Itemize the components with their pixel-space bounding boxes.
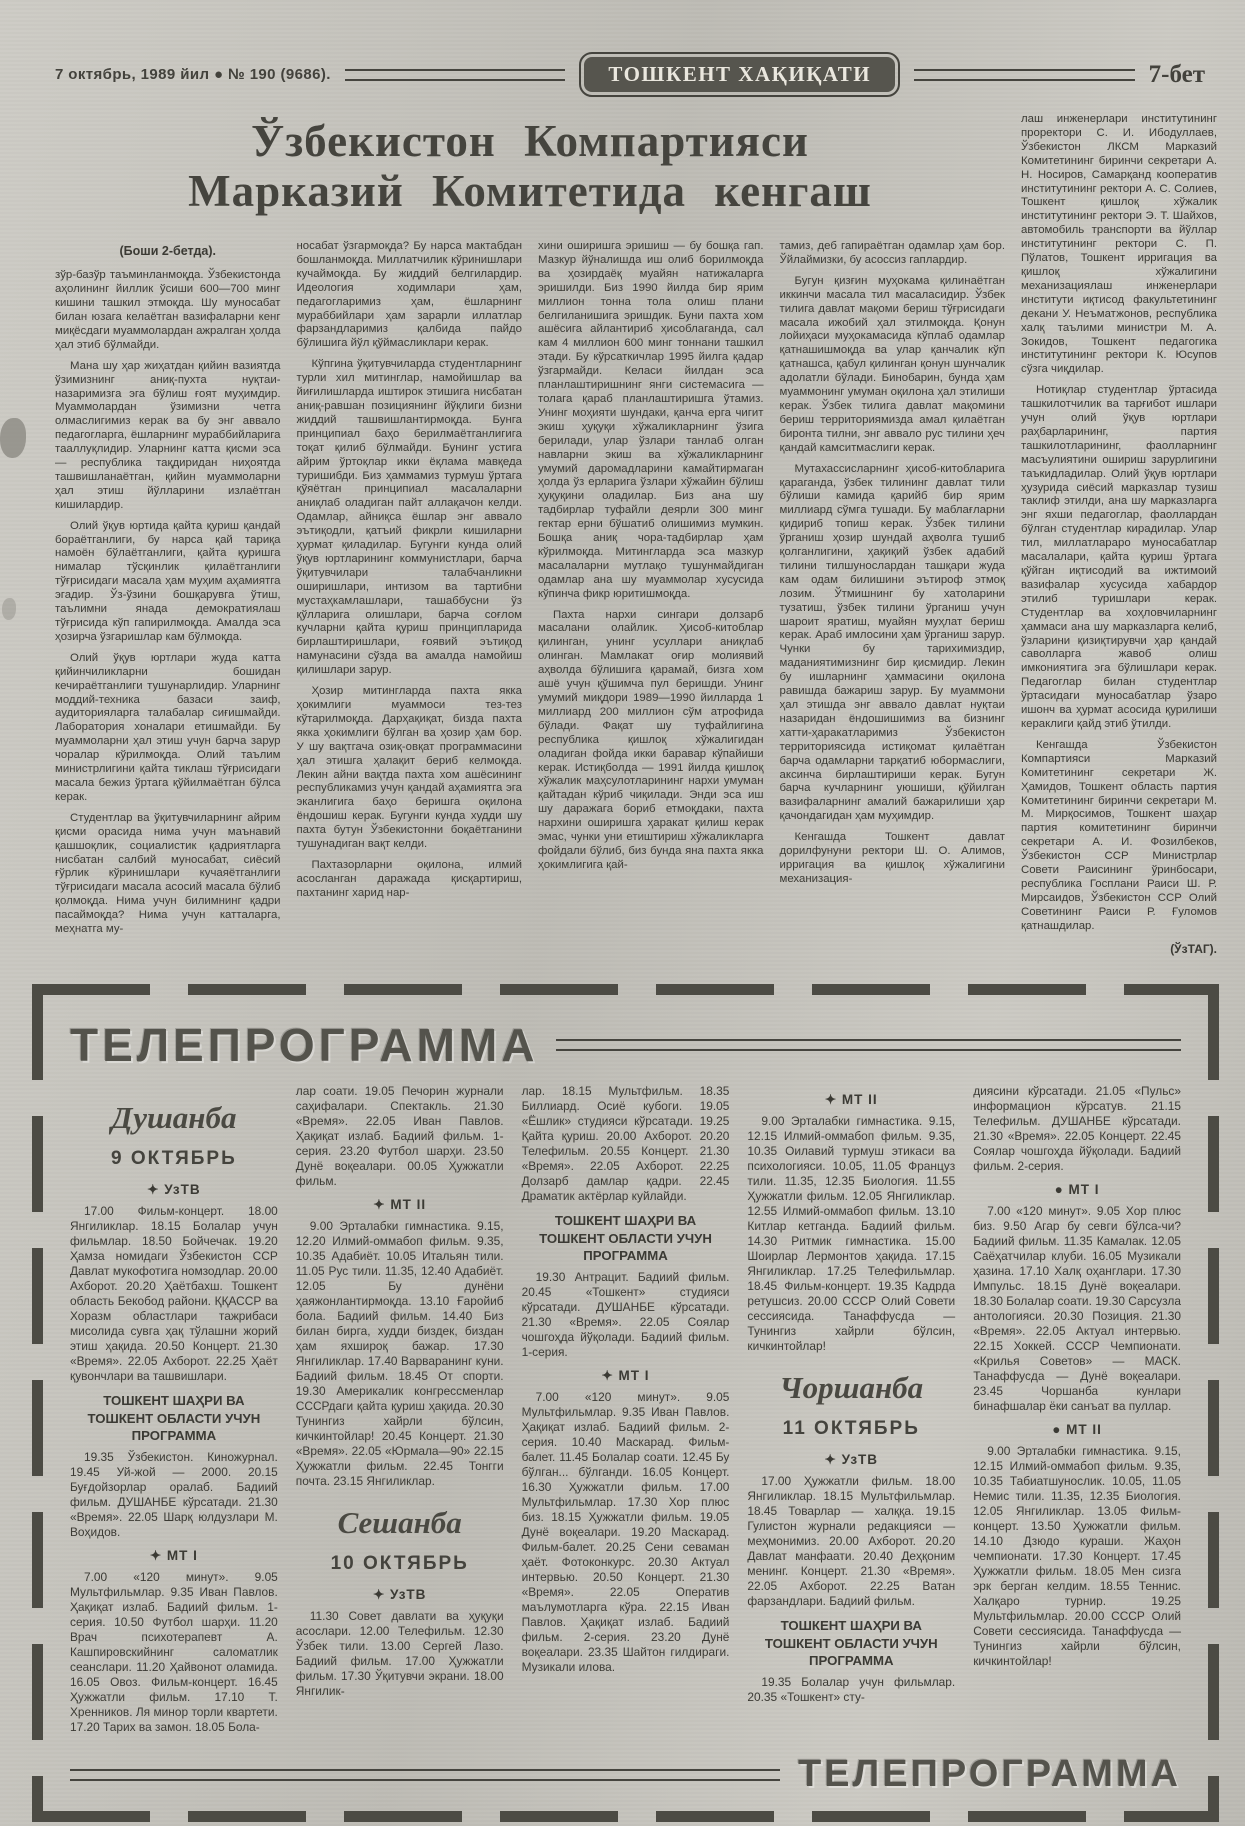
scan-artifact (2, 598, 16, 620)
continued-note: (Боши 2-бетда). (55, 244, 281, 259)
masthead-title: ТОШКЕНТ ХАҚИҚАТИ (584, 57, 895, 92)
tv-day-title: Сешанба (296, 1503, 504, 1542)
tv-channel-header: ✦ УзТВ (747, 1451, 955, 1468)
tv-frame-left (32, 984, 43, 1822)
tv-programme-section: ТЕЛЕПРОГРАММА Душанба9 ОКТЯБРЬ✦ УзТВ17.0… (32, 984, 1219, 1822)
tv-channel-header: ● МТ I (973, 1181, 1181, 1198)
tv-frame-top (32, 984, 1219, 995)
tv-footer-rule (70, 1769, 780, 1781)
issue-number: № 190 (9686). (228, 66, 331, 83)
scan-artifact (0, 418, 26, 458)
article-column: (Боши 2-бетда).зўр-базўр таъминланмоқда.… (55, 240, 281, 944)
tv-listing: 11.30 Совет давлати ва ҳуқуқи асослари. … (296, 1609, 504, 1699)
article-last-column-wrap: лаш инженерлари институтининг проректори… (1021, 103, 1217, 956)
dateline: 7 октябрь, 1989 йил ● № 190 (9686). (55, 66, 331, 83)
tv-header-rule (556, 1039, 1181, 1051)
tv-channel-header: ● МТ II (973, 1421, 1181, 1438)
headline-line-2: Марказий Комитетида кенгаш (188, 166, 872, 216)
newspaper-page: { "page": { "date_line": "7 октябрь, 198… (0, 0, 1245, 1826)
tv-footer-title: ТЕЛЕПРОГРАММА (798, 1753, 1181, 1796)
article-paragraph: хини оширишга эришиш — бу бошқа гап. Маз… (538, 240, 764, 602)
tv-date: 10 ОКТЯБРЬ (296, 1552, 504, 1576)
tv-channel-header: ✦ МТ II (296, 1196, 504, 1213)
tv-listing: 9.00 Эрталабки гимнастика. 9.15, 12.15 И… (973, 1444, 1181, 1669)
tv-program-subhead: ТОШКЕНТ ШАҲРИ ВА ТОШКЕНТ ОБЛАСТИ УЧУН ПР… (70, 1392, 278, 1444)
tv-listing: 7.00 «120 минут». 9.05 Мультфильмлар. 9.… (70, 1570, 278, 1735)
tv-footer: ТЕЛЕПРОГРАММА (70, 1753, 1181, 1796)
tv-listing: 19.35 Болалар учун фильмлар. 20.35 «Тошк… (747, 1675, 955, 1705)
article-columns: (Боши 2-бетда).зўр-базўр таъминланмоқда.… (55, 240, 1005, 944)
article-paragraph: Мутахассисларнинг ҳисоб-китобларига қара… (780, 463, 1006, 825)
page-header: 7 октябрь, 1989 йил ● № 190 (9686). ТОШК… (0, 0, 1245, 97)
article-left-block: Ўзбекистон Компартияси Марказий Комитети… (55, 103, 1005, 956)
tv-program-subhead: ТОШКЕНТ ШАҲРИ ВА ТОШКЕНТ ОБЛАСТИ УЧУН ПР… (747, 1617, 955, 1669)
tv-listing: 19.30 Антрацит. Бадиий фильм. 20.45 «Тош… (522, 1270, 730, 1360)
article-paragraph: Олий ўқув юртлари жуда катта қийинчиликл… (55, 652, 281, 805)
article-paragraph: Ҳозир митингларда пахта якка ҳокимлиги м… (297, 685, 523, 852)
tv-channel-header: ✦ УзТВ (70, 1181, 278, 1198)
tv-frame-bottom (32, 1811, 1219, 1822)
article-paragraph: Пахтазорларни оқилона, илмий асосланган … (297, 859, 523, 901)
tv-column: лар. 18.15 Мультфильм. 18.35 Биллиард. О… (522, 1084, 730, 1741)
tv-date: 9 ОКТЯБРЬ (70, 1147, 278, 1171)
article-column: носабат ўзгармоқда? Бу нарса мактабдан б… (297, 240, 523, 944)
tv-date: 11 ОКТЯБРЬ (747, 1417, 955, 1441)
tv-listing: диясини кўрсатади. 21.05 «Пульс» информа… (973, 1084, 1181, 1174)
header-rule-right (914, 69, 1135, 81)
byline: (ЎзТАГ). (1021, 942, 1217, 957)
tv-listing: 19.35 Ўзбекистон. Киножурнал. 19.45 Уй-ж… (70, 1450, 278, 1540)
headline-line-1: Ўзбекистон Компартияси (251, 116, 809, 166)
date-text: 7 октябрь, 1989 йил (55, 66, 209, 83)
article-paragraph: Олий ўқув юртида қайта қуриш қандай бора… (55, 520, 281, 645)
article-paragraph: Кенгашда Ўзбекистон Компартияси Марказий… (1021, 739, 1217, 934)
article-paragraph: лаш инженерлари институтининг проректори… (1021, 113, 1217, 377)
tv-listing: 7.00 «120 минут». 9.05 Хор плюс биз. 9.5… (973, 1204, 1181, 1414)
article-column: хини оширишга эришиш — бу бошқа гап. Маз… (538, 240, 764, 944)
tv-channel-header: ✦ МТ II (747, 1091, 955, 1108)
tv-columns: Душанба9 ОКТЯБРЬ✦ УзТВ17.00 Фильм-концер… (70, 1084, 1181, 1741)
article-column: тамиз, деб гапираётган одамлар ҳам бор. … (780, 240, 1006, 944)
tv-program-subhead: ТОШКЕНТ ШАҲРИ ВА ТОШКЕНТ ОБЛАСТИ УЧУН ПР… (522, 1212, 730, 1264)
tv-listing: 9.00 Эрталабки гимнастика. 9.15, 12.20 И… (296, 1219, 504, 1489)
article-paragraph: Кўпгина ўқитувчиларда студентларнинг тур… (297, 358, 523, 678)
dateline-bullet: ● (214, 66, 223, 83)
tv-listing: лар соати. 19.05 Печорин журнали саҳифал… (296, 1084, 504, 1189)
article-paragraph: Мана шу ҳар жиҳатдан қийин вазиятда ўзим… (55, 360, 281, 513)
lead-article: Ўзбекистон Компартияси Марказий Комитети… (0, 97, 1245, 956)
header-rule-left (345, 69, 566, 81)
article-paragraph: зўр-базўр таъминланмоқда. Ўзбекистонда а… (55, 269, 281, 352)
tv-column: лар соати. 19.05 Печорин журнали саҳифал… (296, 1084, 504, 1741)
article-column: лаш инженерлари институтининг проректори… (1021, 113, 1217, 956)
tv-column: диясини кўрсатади. 21.05 «Пульс» информа… (973, 1084, 1181, 1741)
tv-listing: лар. 18.15 Мультфильм. 18.35 Биллиард. О… (522, 1084, 730, 1204)
tv-listing: 9.00 Эрталабки гимнастика. 9.15, 12.15 И… (747, 1114, 955, 1354)
tv-day-title: Душанба (70, 1098, 278, 1137)
article-paragraph: тамиз, деб гапираётган одамлар ҳам бор. … (780, 240, 1006, 268)
masthead: ТОШКЕНТ ХАҚИҚАТИ (579, 52, 900, 97)
article-paragraph: Кенгашда Тошкент давлат дорилфунуни рект… (780, 831, 1006, 887)
tv-channel-header: ✦ УзТВ (296, 1586, 504, 1603)
article-paragraph: Нотиқлар студентлар ўртасида ташкилотчил… (1021, 384, 1217, 732)
tv-listing: 7.00 «120 минут». 9.05 Мультфильмлар. 9.… (522, 1390, 730, 1675)
tv-column: ✦ МТ II9.00 Эрталабки гимнастика. 9.15, … (747, 1084, 955, 1741)
tv-header: ТЕЛЕПРОГРАММА (70, 1018, 1181, 1072)
tv-column: Душанба9 ОКТЯБРЬ✦ УзТВ17.00 Фильм-концер… (70, 1084, 278, 1741)
tv-banner-title: ТЕЛЕПРОГРАММА (70, 1018, 538, 1072)
tv-channel-header: ✦ МТ I (70, 1547, 278, 1564)
tv-listing: 17.00 Фильм-концерт. 18.00 Янгиликлар. 1… (70, 1204, 278, 1384)
article-paragraph: Студентлар ва ўқитувчиларнинг айрим қисм… (55, 812, 281, 937)
tv-day-title: Чоршанба (747, 1368, 955, 1407)
tv-frame-right (1208, 984, 1219, 1822)
tv-channel-header: ✦ МТ I (522, 1367, 730, 1384)
article-paragraph: Бугун қизғин муҳокама қилинаётган иккинч… (780, 275, 1006, 456)
article-paragraph: носабат ўзгармоқда? Бу нарса мактабдан б… (297, 240, 523, 351)
article-paragraph: Пахта нархи сингари долзарб масалани ола… (538, 609, 764, 873)
tv-listing: 17.00 Ҳужжатли фильм. 18.00 Янгиликлар. … (747, 1474, 955, 1609)
page-number: 7-бет (1149, 61, 1205, 89)
article-headline: Ўзбекистон Компартияси Марказий Комитети… (65, 117, 995, 216)
